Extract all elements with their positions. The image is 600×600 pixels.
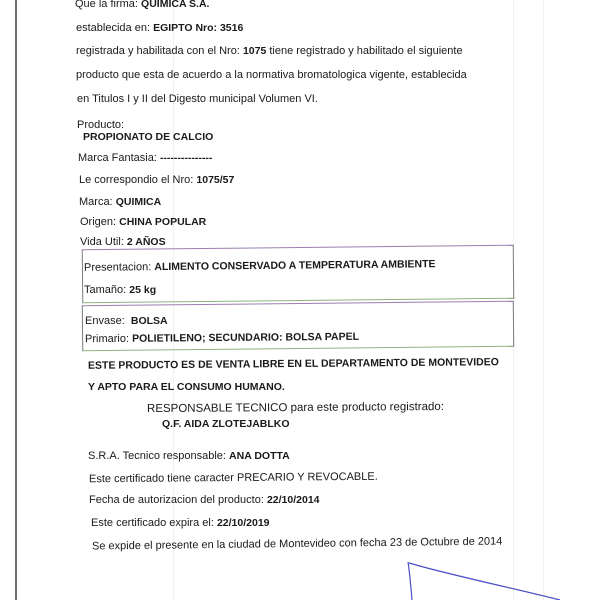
signature-stroke [0, 0, 600, 600]
